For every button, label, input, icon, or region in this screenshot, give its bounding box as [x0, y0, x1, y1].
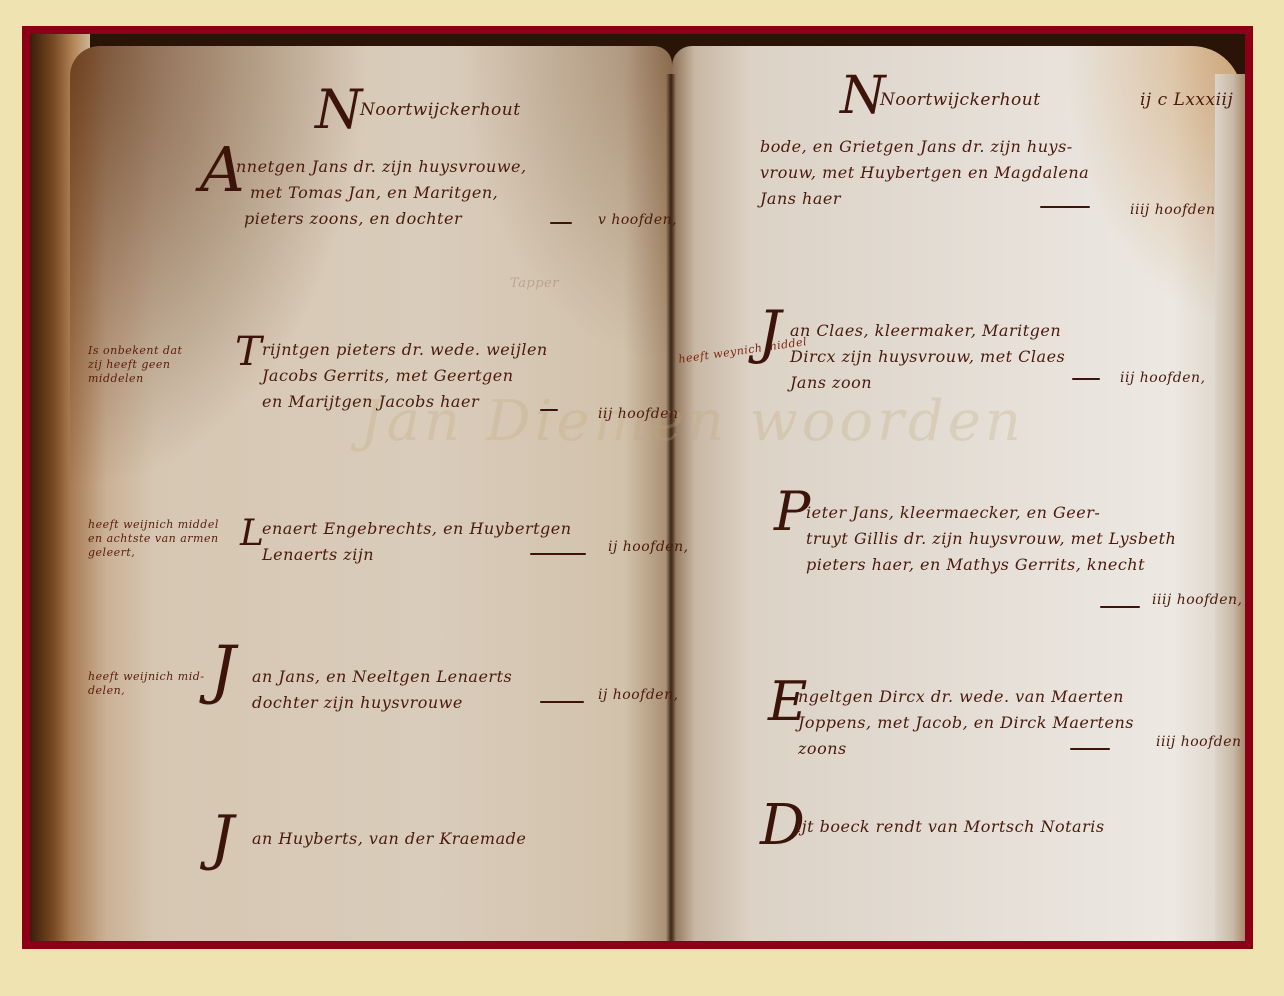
entry-initial: L — [240, 506, 264, 562]
entry-text: ngeltgen Dircx dr. wede. van Maerten Jop… — [798, 684, 1134, 762]
entry-initial: J — [210, 642, 236, 698]
head-count: ij hoofden, — [598, 687, 679, 703]
faint-text: Tapper — [510, 276, 559, 291]
dash — [550, 222, 572, 224]
head-count: v hoofden, — [598, 212, 677, 228]
entry-text: an Jans, en Neeltgen Lenaerts dochter zi… — [252, 664, 512, 716]
heading-initial-left: N — [315, 82, 362, 138]
head-count: iiij hoofden — [1130, 202, 1216, 218]
head-count: iij hoofden — [598, 406, 679, 422]
head-count: iiij hoofden — [1156, 734, 1242, 750]
entry-text: ijt boeck rendt van Mortsch Notaris — [796, 814, 1105, 840]
entry-text: an Claes, kleermaker, Maritgen Dircx zij… — [790, 318, 1065, 396]
dash — [1040, 206, 1090, 208]
head-count: iiij hoofden, — [1152, 592, 1243, 608]
margin-note: Is onbekent dat zij heeft geen middelen — [88, 344, 182, 386]
head-count: ij hoofden, — [608, 539, 689, 555]
right-page-heading: Noortwijckerhout — [880, 90, 1041, 110]
dash — [540, 701, 584, 703]
entry-initial: T — [235, 324, 262, 380]
margin-note: heeft weijnich middel en achtste van arm… — [88, 518, 219, 560]
margin-note: heeft weijnich mid- delen, — [88, 670, 205, 698]
entry-text: an Huyberts, van der Kraemade — [252, 826, 526, 852]
entry-initial: J — [210, 810, 234, 866]
dash — [540, 409, 558, 411]
entry-text: rijntgen pieters dr. wede. weijlen Jacob… — [262, 337, 548, 415]
dash — [1070, 748, 1110, 750]
entry-text: bode, en Grietgen Jans dr. zijn huys- vr… — [760, 134, 1089, 212]
dash — [1100, 606, 1140, 608]
entry-initial: P — [774, 484, 810, 540]
dash — [530, 553, 586, 555]
book-edge-right — [1215, 74, 1245, 941]
book-gutter — [666, 74, 676, 941]
dash — [1072, 378, 1100, 380]
head-count: iij hoofden, — [1120, 370, 1206, 386]
entry-initial: J — [758, 304, 781, 360]
entry-text: ieter Jans, kleermaecker, en Geer- truyt… — [806, 500, 1176, 578]
folio-number: ij c Lxxxiij — [1140, 90, 1233, 110]
left-page-heading: Noortwijckerhout — [360, 100, 521, 120]
entry-text: enaert Engebrechts, en Huybertgen Lenaer… — [262, 516, 572, 568]
heading-initial-right: N — [840, 68, 886, 124]
photo-frame: Jan Diemen woorden N Noortwijckerhout A … — [22, 26, 1253, 949]
manuscript-photo: Jan Diemen woorden N Noortwijckerhout A … — [30, 34, 1245, 941]
entry-text: nnetgen Jans dr. zijn huysvrouwe, met To… — [236, 154, 527, 232]
